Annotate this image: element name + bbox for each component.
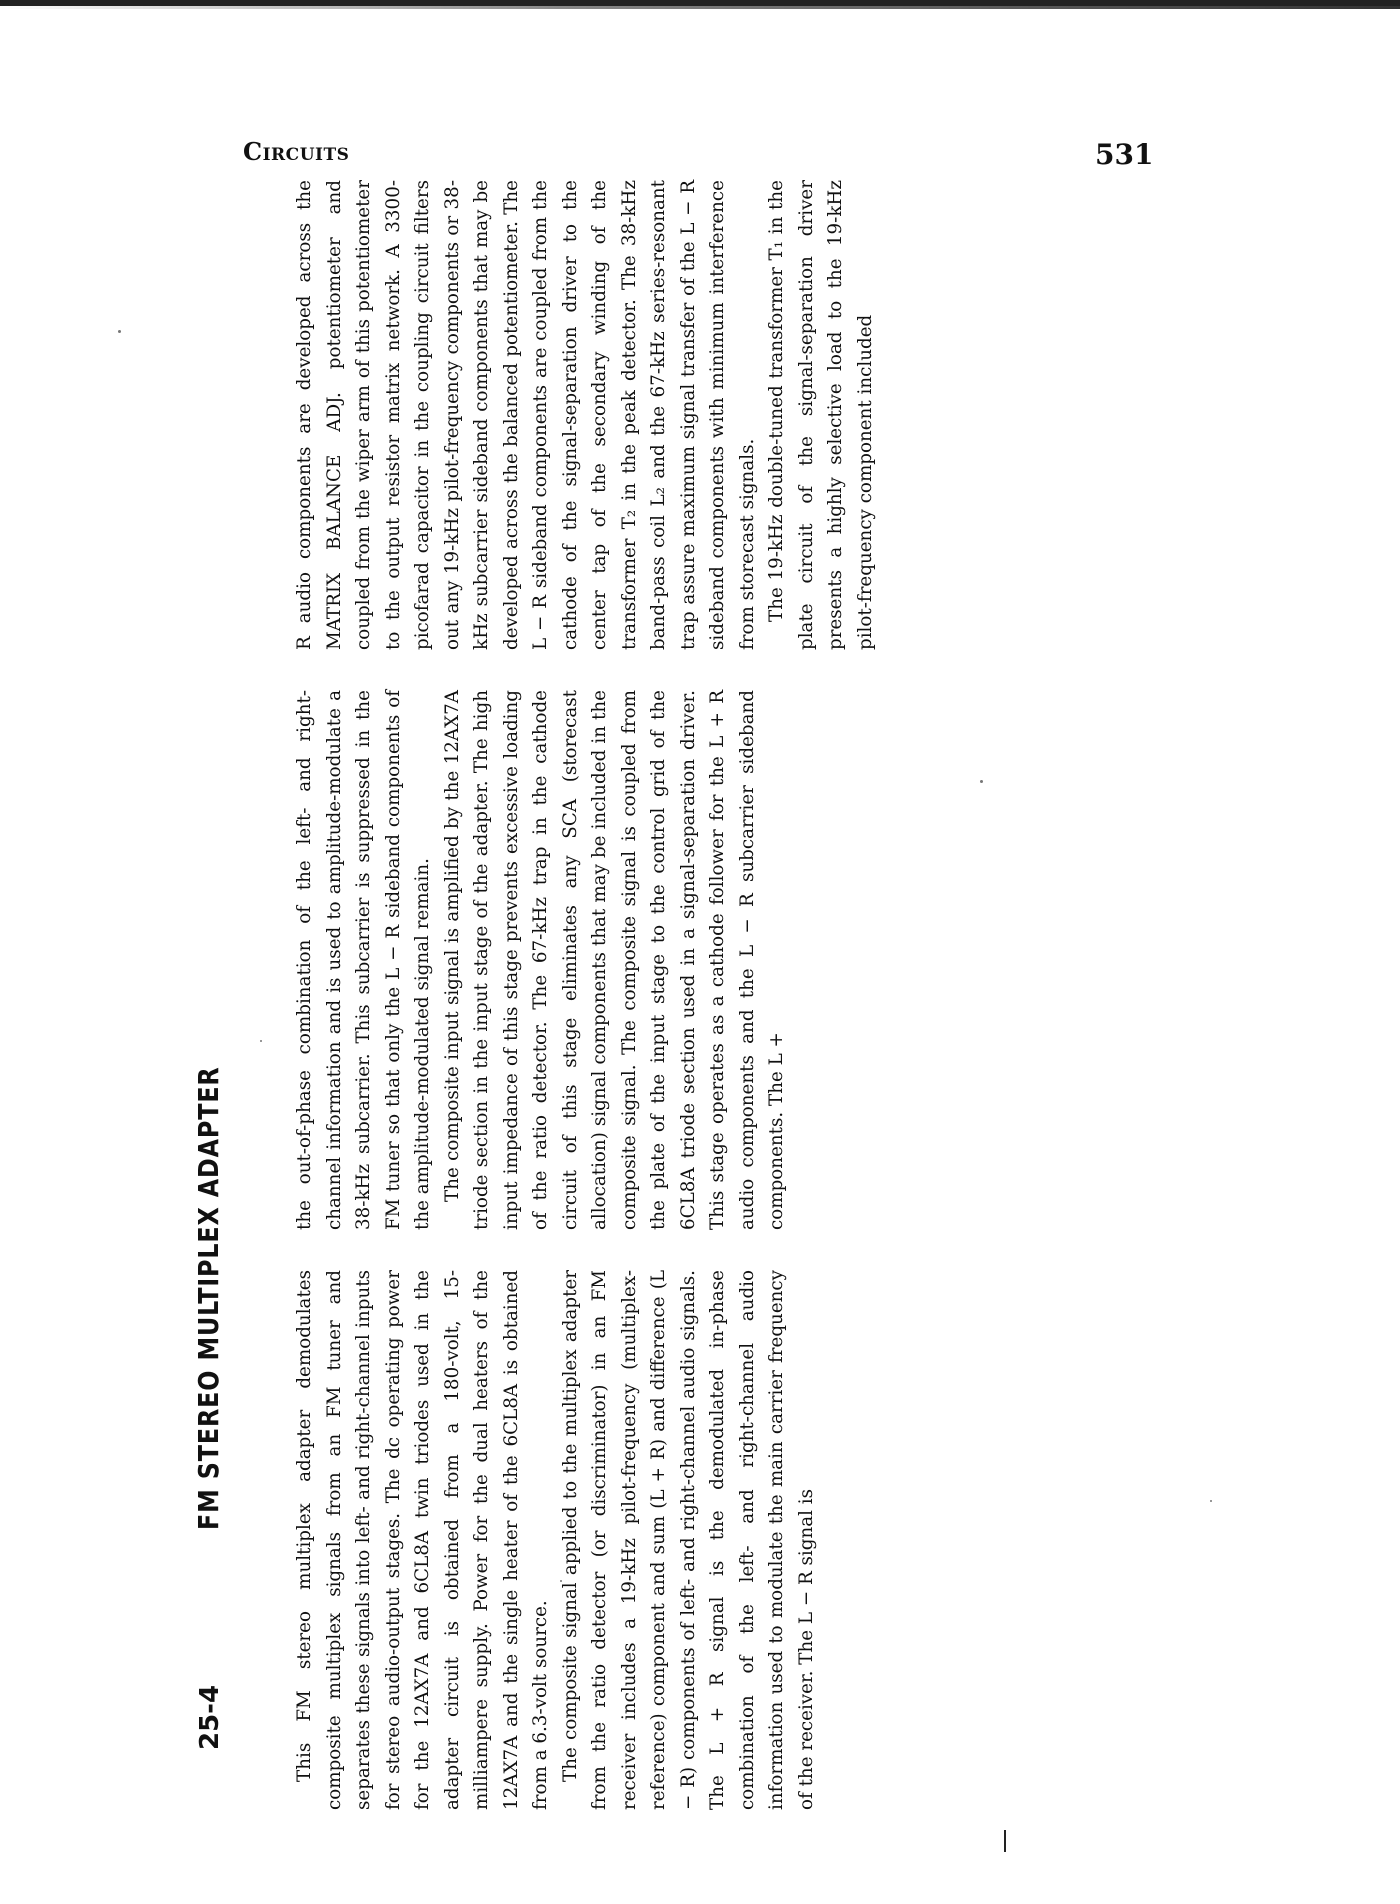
text-column-2: the out-of-phase combination of the left… [290, 690, 1050, 1230]
paragraph: The 19-kHz double-tuned transformer T₁ i… [762, 180, 880, 650]
scan-speck [118, 330, 121, 333]
paragraph: The composite input signal is amplified … [438, 690, 792, 1230]
text-column-1: This FM stereo multiplex adapter demodul… [290, 1270, 1050, 1810]
page-number: 531 [1095, 138, 1153, 171]
scan-speck [260, 1040, 262, 1042]
paragraph: This FM stereo multiplex adapter demodul… [290, 1270, 556, 1810]
scan-mark [1004, 1830, 1006, 1852]
rotated-content: 25-4 FM STEREO MULTIPLEX ADAPTER This FM… [190, 170, 1050, 1810]
section-heading: 25-4 FM STEREO MULTIPLEX ADAPTER [190, 170, 250, 1810]
section-title: FM STEREO MULTIPLEX ADAPTER [192, 1066, 225, 1530]
scan-speck [980, 780, 983, 783]
paragraph: the out-of-phase combination of the left… [290, 690, 438, 1230]
section-number: 25-4 [195, 1685, 225, 1750]
running-head: Circuits [243, 137, 349, 166]
scan-speck [560, 1580, 562, 1582]
text-column-3: R audio components are developed across … [290, 180, 1050, 650]
paragraph: R audio components are developed across … [290, 180, 762, 650]
scan-speck [1210, 1500, 1212, 1502]
scan-top-shadow [0, 6, 1400, 9]
paragraph: The composite signal applied to the mult… [556, 1270, 822, 1810]
